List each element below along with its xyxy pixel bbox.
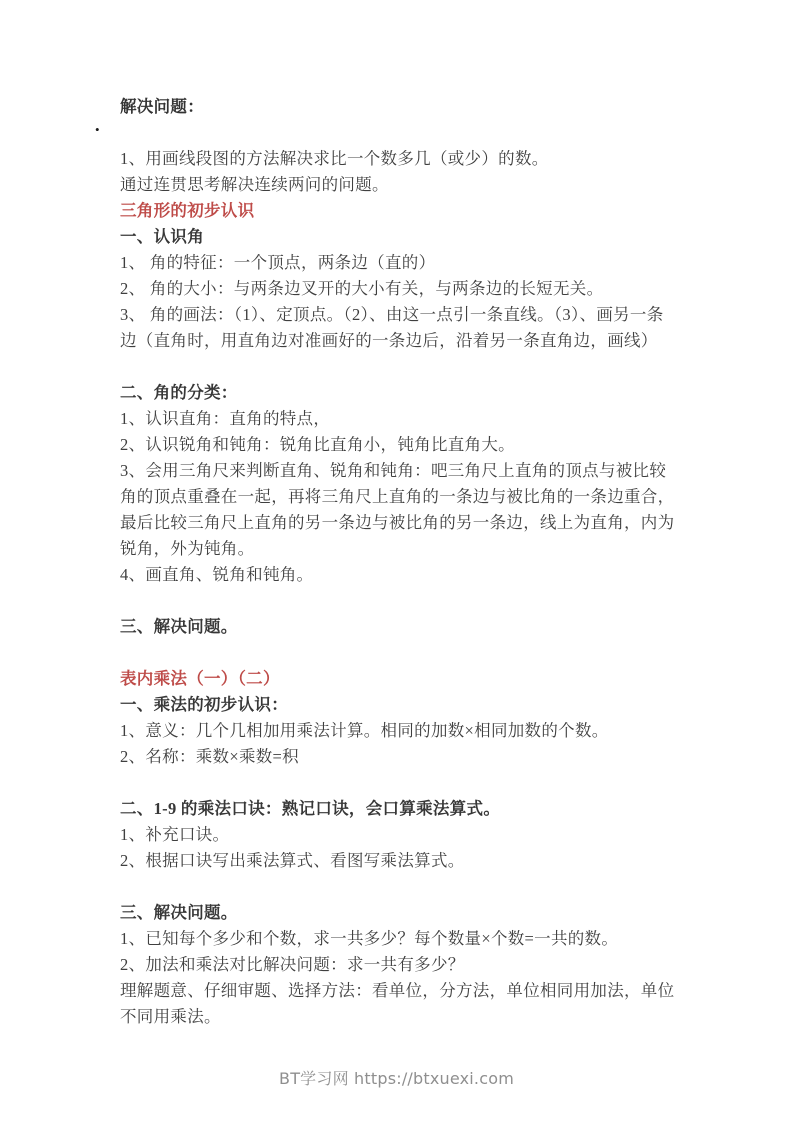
chapter-heading: 三角形的初步认识 [120, 198, 678, 224]
doc-line: 2、 角的大小：与两条边叉开的大小有关，与两条边的长短无关。 [120, 276, 678, 302]
doc-line: 2、名称：乘数×乘数=积 [120, 744, 678, 770]
section-heading: 二、1-9 的乘法口诀：熟记口诀，会口算乘法算式。 [120, 796, 678, 822]
document-body: 解决问题： • 1、用画线段图的方法解决求比一个数多几（或少）的数。 通过连贯思… [120, 94, 678, 1030]
doc-line: 1、补充口诀。 [120, 822, 678, 848]
doc-line: 4、画直角、锐角和钝角。 [120, 562, 678, 588]
doc-line: 1、认识直角：直角的特点， [120, 406, 678, 432]
section-heading: 一、乘法的初步认识： [120, 692, 678, 718]
list-bullet-line: • [120, 120, 678, 146]
section-heading: 三、解决问题。 [120, 614, 678, 640]
doc-line: 理解题意、仔细审题、选择方法：看单位，分方法，单位相同用加法，单位不同用乘法。 [120, 978, 678, 1030]
doc-line: 1、意义：几个几相加用乘法计算。相同的加数×相同加数的个数。 [120, 718, 678, 744]
bullet-icon: • [95, 117, 100, 143]
document-page: 解决问题： • 1、用画线段图的方法解决求比一个数多几（或少）的数。 通过连贯思… [0, 0, 793, 1122]
section-heading: 二、角的分类： [120, 380, 678, 406]
chapter-heading: 表内乘法（一）（二） [120, 666, 678, 692]
doc-line: 通过连贯思考解决连续两问的问题。 [120, 172, 678, 198]
doc-line: 3、 角的画法：（1）、定顶点。（2）、由这一点引一条直线。（3）、画另一条边（… [120, 302, 678, 354]
doc-line: 1、用画线段图的方法解决求比一个数多几（或少）的数。 [120, 146, 678, 172]
doc-title: 解决问题： [120, 94, 678, 120]
section-heading: 三、解决问题。 [120, 900, 678, 926]
doc-line: 1、已知每个多少和个数，求一共多少？每个数量×个数=一共的数。 [120, 926, 678, 952]
watermark-footer: BT学习网 https://btxuexi.com [0, 1066, 793, 1089]
section-heading: 一、认识角 [120, 224, 678, 250]
doc-line: 2、加法和乘法对比解决问题：求一共有多少？ [120, 952, 678, 978]
doc-line: 3、会用三角尺来判断直角、锐角和钝角：吧三角尺上直角的顶点与被比较角的顶点重叠在… [120, 458, 678, 562]
doc-line: 2、认识锐角和钝角：锐角比直角小，钝角比直角大。 [120, 432, 678, 458]
doc-line: 1、 角的特征：一个顶点，两条边（直的） [120, 250, 678, 276]
doc-line: 2、根据口诀写出乘法算式、看图写乘法算式。 [120, 848, 678, 874]
